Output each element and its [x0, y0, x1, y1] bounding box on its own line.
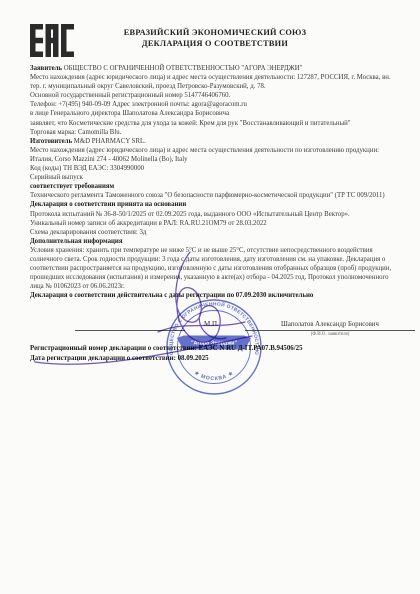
- doc-line: Основной государственный регистрационный…: [30, 91, 392, 100]
- doc-line: Телефон: +7(495) 940-09-09 Адрес электро…: [30, 100, 392, 109]
- doc-line: Технического регламента Таможенного союз…: [30, 191, 392, 200]
- doc-title: ДЕКЛАРАЦИЯ О СООТВЕТСТВИИ: [70, 38, 360, 49]
- union-name: ЕВРАЗИЙСКИЙ ЭКОНОМИЧЕСКИЙ СОЮЗ: [70, 27, 360, 38]
- doc-line: Протокола испытаний № 36-8-50/1/2025 от …: [30, 210, 392, 219]
- doc-line: Уникальный номер записи об аккредитации …: [30, 219, 392, 228]
- doc-line: Серийный выпуск: [30, 173, 392, 182]
- doc-line: Место нахождения (адрес юридического лиц…: [30, 146, 392, 164]
- doc-line: Код (коды) ТН ВЭД ЕАЭС: 3304990000: [30, 164, 392, 173]
- eac-mark-icon: [30, 24, 74, 58]
- doc-line: Декларация о соответствии принята на осн…: [30, 200, 392, 209]
- doc-line: Торговая марка: Camomilla Blu.: [30, 128, 392, 137]
- doc-line: заявляет, что Косметические средства для…: [30, 119, 392, 128]
- doc-line: Заявитель ОБЩЕСТВО С ОГРАНИЧЕННОЙ ОТВЕТС…: [30, 64, 392, 73]
- declaration-document: ЕВРАЗИЙСКИЙ ЭКОНОМИЧЕСКИЙ СОЮЗ ДЕКЛАРАЦИ…: [0, 0, 420, 594]
- doc-line: Место нахождения (адрес юридического лиц…: [30, 73, 392, 91]
- doc-line: в лице Генерального директора Шаполатова…: [30, 109, 392, 118]
- doc-line: Схема декларирования соответствия: 3д: [30, 228, 392, 237]
- doc-line: Изготовитель M&D PHARMACY SRL.: [30, 137, 392, 146]
- doc-line: соответствует требованиям: [30, 182, 392, 191]
- handwritten-signature: [20, 238, 280, 378]
